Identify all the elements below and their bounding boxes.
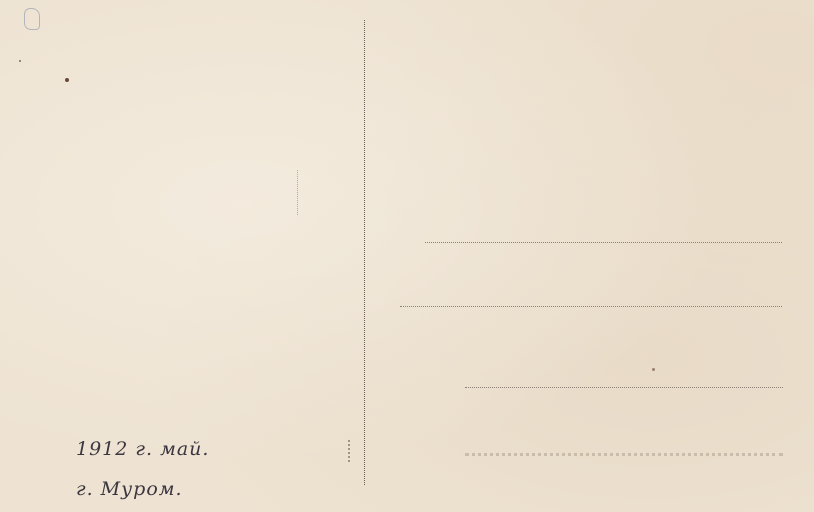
center-divider-dotted-line bbox=[364, 20, 365, 485]
handwritten-place: г. Муром. bbox=[76, 478, 183, 500]
address-line bbox=[400, 306, 782, 307]
ink-speck bbox=[19, 60, 21, 62]
pencil-mark bbox=[24, 8, 40, 30]
printer-mark bbox=[348, 440, 354, 462]
ink-speck bbox=[652, 368, 655, 371]
handwritten-date: 1912 г. май. bbox=[76, 438, 209, 460]
faint-mark bbox=[297, 170, 298, 215]
ink-speck bbox=[65, 78, 69, 82]
postcard-back: 1912 г. май. г. Муром. bbox=[0, 0, 814, 512]
address-line bbox=[465, 387, 783, 388]
address-line bbox=[425, 242, 782, 243]
address-line-faded bbox=[465, 453, 783, 456]
